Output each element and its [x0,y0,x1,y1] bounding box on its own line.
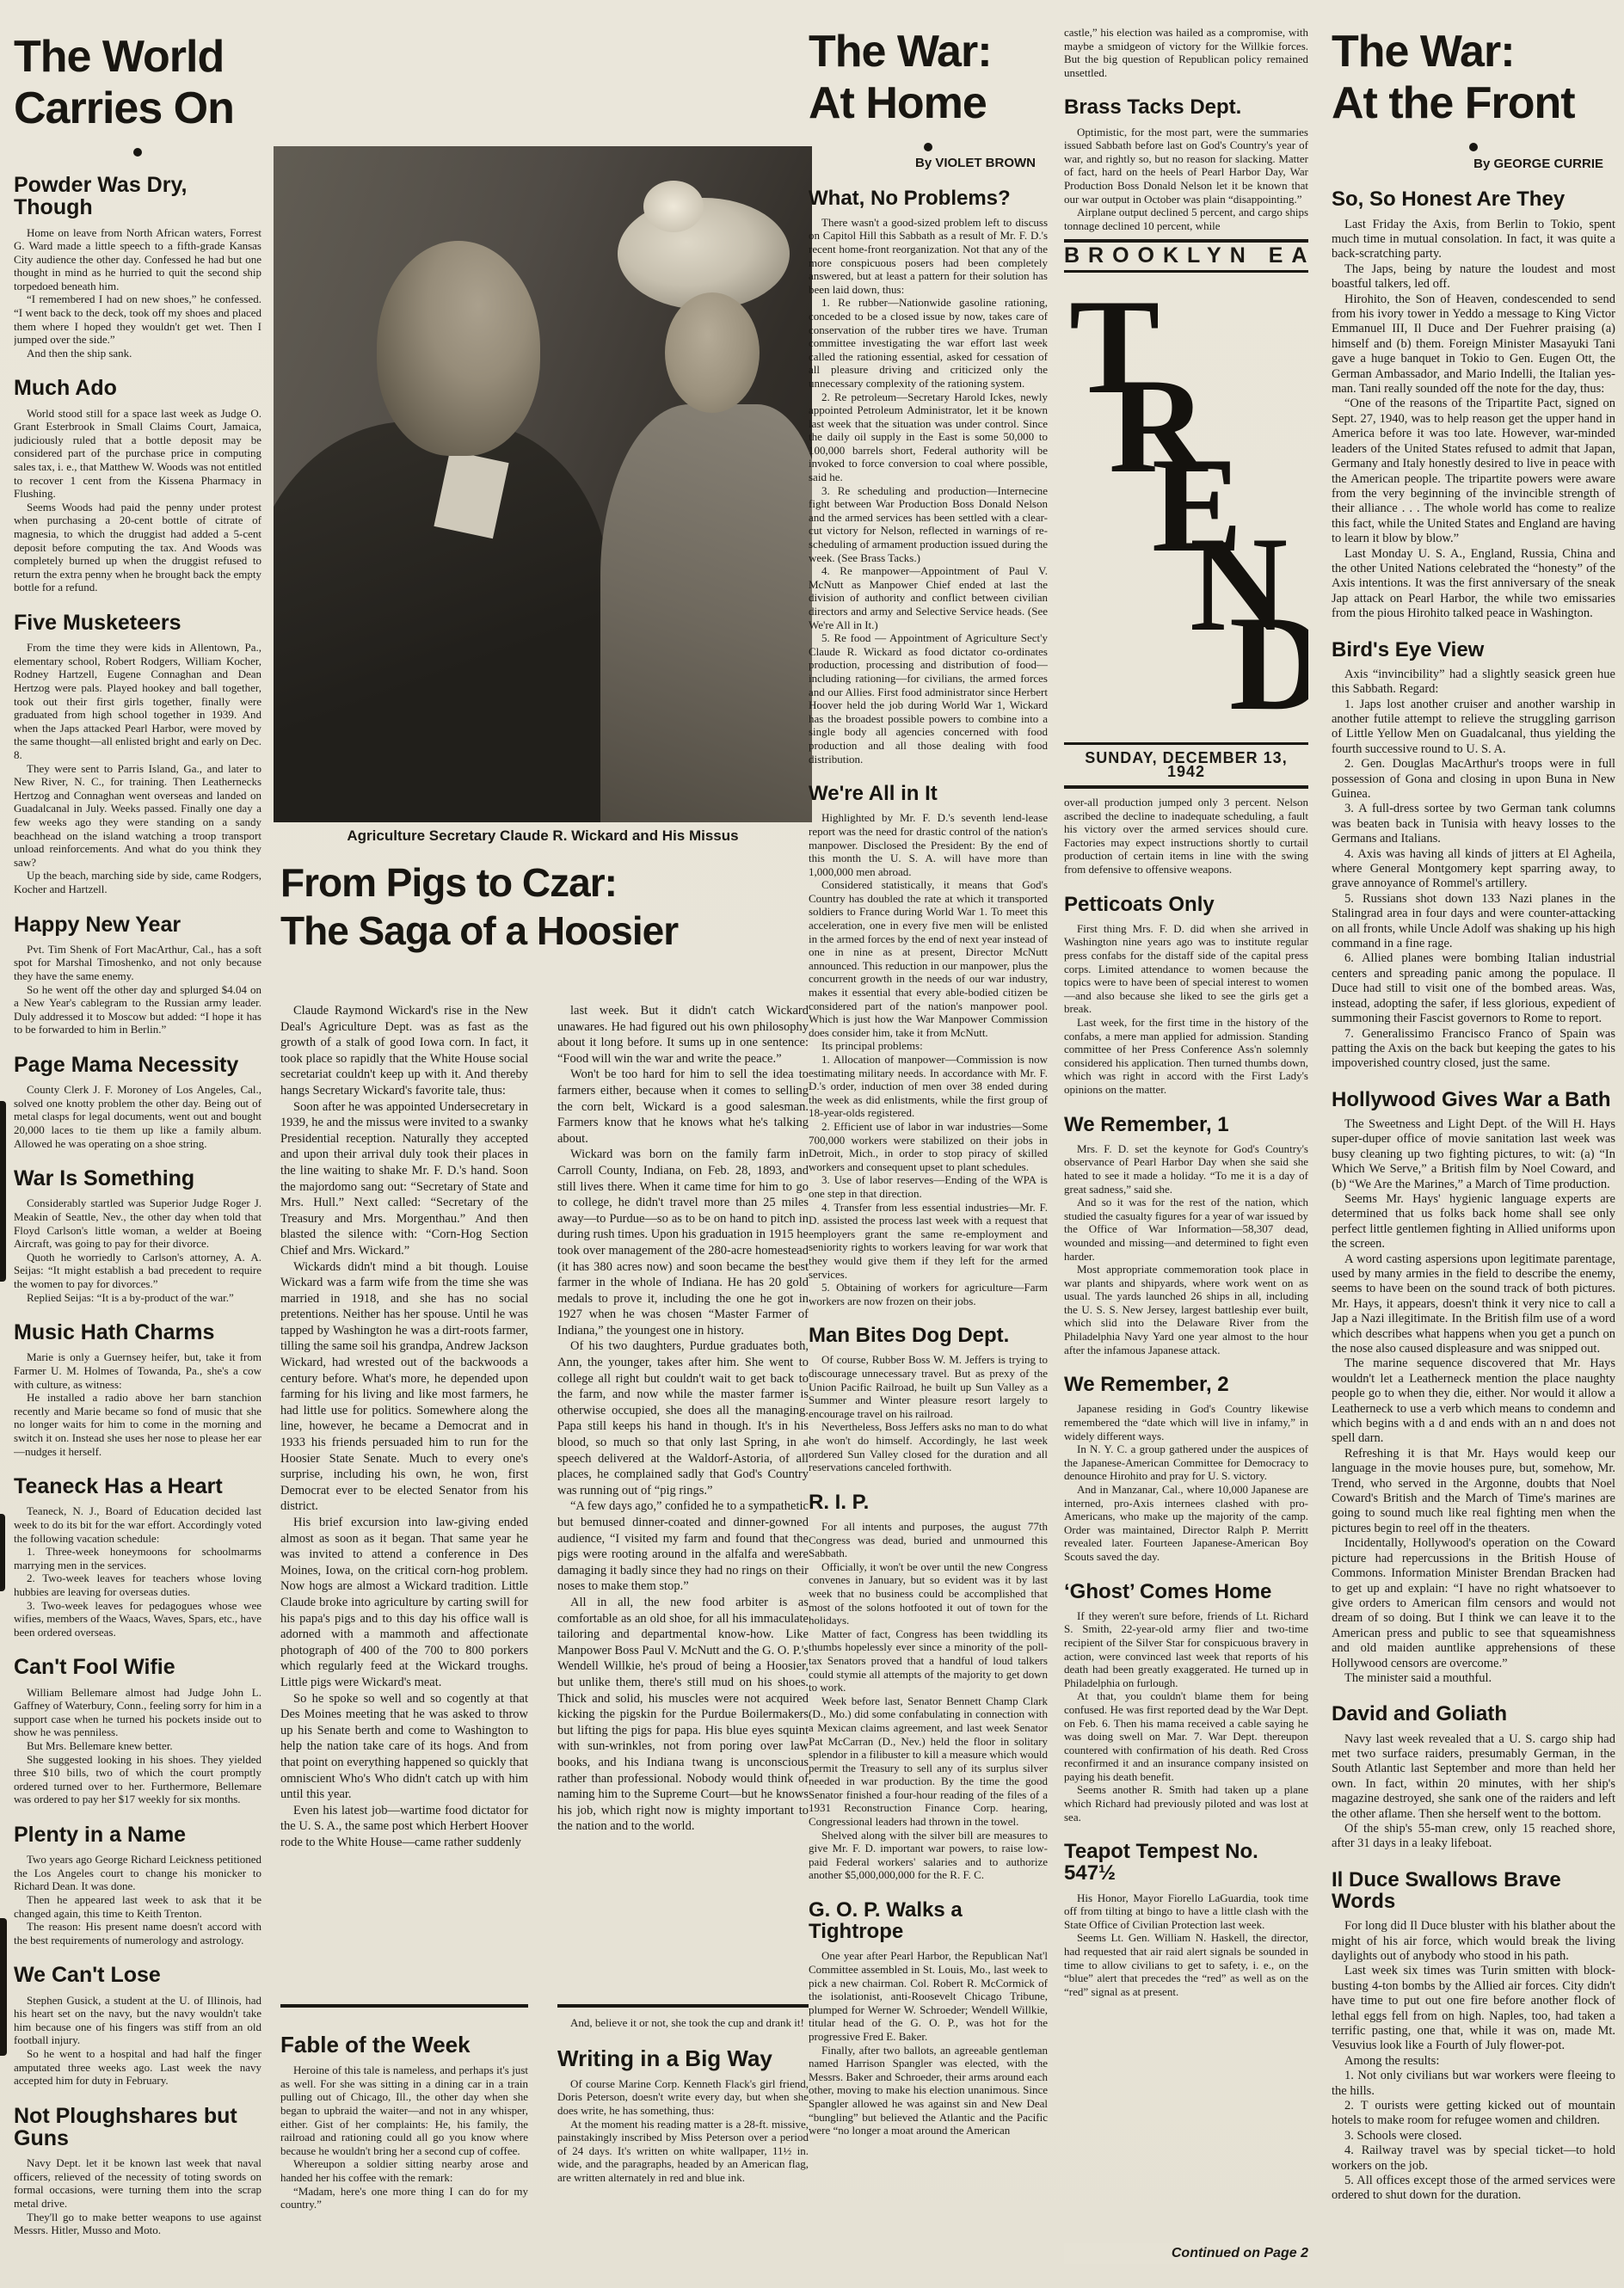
gop-continuation: castle,” his election was hailed as a co… [1064,26,1308,79]
photo-woman-face [665,292,760,413]
paragraph: From the time they were kids in Allentow… [14,641,261,761]
feature-column-right: last week. But it didn't catch Wickard u… [557,1003,809,1996]
paragraph: Marie is only a Guernsey heifer, but, ta… [14,1350,261,1391]
paragraph: Heroine of this tale is nameless, and pe… [280,2064,528,2157]
front-title-line1: The War: [1332,27,1515,77]
paragraph: There wasn't a good-sized problem left t… [809,216,1048,297]
paragraph: The marine sequence discovered that Mr. … [1332,1356,1615,1446]
section-heading: We Remember, 2 [1064,1374,1308,1395]
paragraph: 3. Two-week leaves for pedagogues whose … [14,1599,261,1639]
section-heading: Hollywood Gives War a Bath [1332,1089,1615,1110]
scan-artifact [0,1514,5,1591]
article-section: Happy New YearPvt. Tim Shenk of Fort Mac… [14,913,261,1036]
paragraph: The Sweetness and Light Dept. of the Wil… [1332,1117,1615,1192]
paragraph: Matter of fact, Congress has been twiddl… [809,1627,1048,1694]
column-brass-tacks-trend: castle,” his election was hailed as a co… [1064,26,1308,2238]
section-heading: R. I. P. [809,1492,1048,1513]
article-section: Teaneck Has a HeartTeaneck, N. J., Board… [14,1475,261,1639]
paragraph: The reason: His present name doesn't acc… [14,1920,261,1947]
newspaper-page: The WorldCarries On Powder Was Dry, Thou… [0,0,1624,2288]
article-section: Teapot Tempest No. 547½His Honor, Mayor … [1064,1841,1308,1998]
photo-caption: Agriculture Secretary Claude R. Wickard … [274,827,812,845]
home-title: The War:At Home [809,26,1048,129]
paragraph: 2. T ourists were getting kicked out of … [1332,2099,1615,2129]
section-heading: Five Musketeers [14,612,261,634]
article-section: What, No Problems?There wasn't a good-si… [809,188,1048,766]
article-section: ‘Ghost’ Comes HomeIf they weren't sure b… [1064,1581,1308,1824]
paragraph: 6. Allied planes were bombing Italian in… [1332,951,1615,1026]
trend-logo: T R E N D [1064,280,1308,735]
continued-on-page-2: Continued on Page 2 [1064,2243,1308,2264]
section-heading: Page Mama Necessity [14,1054,261,1076]
article-section: Man Bites Dog Dept.Of course, Rubber Bos… [809,1325,1048,1474]
paragraph: Hirohito, the Son of Heaven, condescende… [1332,292,1615,397]
paragraph: 4. Re manpower—Appointment of Paul V. Mc… [809,564,1048,631]
article-section: We Remember, 1Mrs. F. D. set the keynote… [1064,1114,1308,1357]
title-dot [924,143,932,151]
paragraph: Nevertheless, Boss Jeffers asks no man t… [809,1420,1048,1473]
brooklyn-eagle-banner: BROOKLYN EAGLE [1064,249,1308,263]
paragraph: 1. Three-week honeymoons for schoolmarms… [14,1545,261,1571]
paragraph: He installed a radio above her barn stan… [14,1391,261,1458]
paragraph: Stephen Gusick, a student at the U. of I… [14,1994,261,2047]
home-sections: What, No Problems?There wasn't a good-si… [809,188,1048,2137]
paragraph: And then the ship sank. [14,347,261,360]
paragraph: “I remembered I had on new shoes,” he co… [14,292,261,346]
paragraph: Finally, after two ballots, an agreeable… [809,2044,1048,2137]
paragraph: His Honor, Mayor Fiorello LaGuardia, too… [1064,1891,1308,1932]
issue-date: SUNDAY, DECEMBER 13, 1942 [1064,752,1308,778]
brass-tacks-continuation: over-all production jumped only 3 percen… [1064,796,1308,876]
paragraph: They'll go to make better weapons to use… [14,2211,261,2237]
paragraph: Incidentally, Hollywood's operation on t… [1332,1536,1615,1671]
paragraph: At the moment his reading matter is a 28… [557,2118,809,2185]
section-heading: We're All in It [809,783,1048,804]
paragraph: Airplane output declined 5 percent, and … [1064,206,1308,232]
article-section: War Is SomethingConsiderably startled wa… [14,1167,261,1304]
home-title-line2: At Home [809,78,987,128]
feature-column-left: Claude Raymond Wickard's rise in the New… [280,1003,528,1996]
paragraph: 3. Re scheduling and production—Internec… [809,484,1048,565]
paragraph: World stood still for a space last week … [14,407,261,501]
paragraph: Highlighted by Mr. F. D.'s seventh lend-… [809,811,1048,878]
paragraph: She suggested looking in his shoes. They… [14,1753,261,1806]
section-heading: Fable of the Week [280,2033,528,2057]
writing-in-a-big-way: And, believe it or not, she took the cup… [557,2016,809,2283]
scan-artifact [0,1101,6,1282]
paragraph: 4. Axis was having all kinds of jitters … [1332,847,1615,892]
paragraph: “One of the reasons of the Tripartite Pa… [1332,397,1615,546]
article-section: Music Hath CharmsMarie is only a Guernse… [14,1321,261,1458]
paragraph: Of his two daughters, Purdue graduates b… [557,1338,809,1498]
writing-body: Of course Marine Corp. Kenneth Flack's g… [557,2077,809,2185]
world-title-line1: The World [14,32,224,82]
paragraph: William Bellemare almost had Judge John … [14,1686,261,1739]
paragraph: 4. Transfer from less essential industri… [809,1201,1048,1282]
scan-artifact [0,1918,7,2056]
paragraph: Week before last, Senator Bennett Champ … [809,1694,1048,1829]
article-section: Petticoats OnlyFirst thing Mrs. F. D. di… [1064,894,1308,1097]
section-heading: Petticoats Only [1064,894,1308,915]
paragraph: Seems Lt. Gen. William N. Haskell, the d… [1064,1931,1308,1998]
paragraph: Quoth he worriedly to Carlson's attorney… [14,1251,261,1291]
paragraph: Refreshing it is that Mr. Hays would kee… [1332,1447,1615,1536]
paragraph: Last Monday U. S. A., England, Russia, C… [1332,547,1615,622]
section-heading: Plenty in a Name [14,1824,261,1846]
paragraph: “Madam, here's one more thing I can do f… [280,2185,528,2211]
paragraph: 5. Obtaining of workers for agriculture—… [809,1281,1048,1307]
front-sections: So, So Honest Are TheyLast Friday the Ax… [1332,188,1615,2203]
section-heading: Writing in a Big Way [557,2047,809,2070]
paragraph: Among the results: [1332,2054,1615,2069]
column-war-at-home: The War:At Home By VIOLET BROWN What, No… [809,26,1048,2283]
paragraph: Replied Seijas: “It is a by-product of t… [14,1291,261,1305]
paragraph: County Clerk J. F. Moroney of Los Angele… [14,1083,261,1150]
paragraph: Soon after he was appointed Undersecreta… [280,1099,528,1259]
paragraph: Navy Dept. let it be known last week tha… [14,2156,261,2210]
section-heading: Brass Tacks Dept. [1064,96,1308,118]
photo-man-face [377,241,540,456]
paragraph: Two years ago George Richard Leickness p… [14,1853,261,1893]
world-title: The WorldCarries On [14,31,261,134]
article-section: We're All in ItHighlighted by Mr. F. D.'… [809,783,1048,1307]
section-heading: Music Hath Charms [14,1321,261,1344]
paragraph: 2. Gen. Douglas MacArthur's troops were … [1332,757,1615,802]
fable-body: Heroine of this tale is nameless, and pe… [280,2064,528,2211]
article-section: We Remember, 2Japanese residing in God's… [1064,1374,1308,1563]
paragraph: 3. Use of labor reserves—Ending of the W… [809,1173,1048,1200]
paragraph: The Japs, being by nature the loudest an… [1332,262,1615,292]
article-section: Can't Fool WifieWilliam Bellemare almost… [14,1656,261,1806]
paragraph: Last week, for the first time in the his… [1064,1016,1308,1097]
section-heading: Powder Was Dry, Though [14,174,261,219]
photo-man-suit [274,421,609,822]
paragraph: 7. Generalissimo Francisco Franco of Spa… [1332,1027,1615,1072]
front-title: The War:At the Front [1332,26,1615,129]
photo-woman-coat [600,404,812,822]
paragraph: Its principal problems: [809,1039,1048,1053]
home-byline: By VIOLET BROWN [809,157,1048,170]
paragraph: 1. Japs lost another cruiser and another… [1332,698,1615,758]
feature-headline-line1: From Pigs to Czar: [280,860,617,905]
paragraph: Axis “invincibility” had a slightly seas… [1332,667,1615,698]
paragraph: 3. Schools were closed. [1332,2129,1615,2143]
section-heading: G. O. P. Walks a Tightrope [809,1899,1048,1942]
paragraph: And in Manzanar, Cal., where 10,000 Japa… [1064,1483,1308,1564]
section-heading: What, No Problems? [809,188,1048,209]
paragraph: 1. Allocation of manpower—Commission is … [809,1053,1048,1120]
paragraph: 5. All offices except those of the armed… [1332,2174,1615,2204]
paragraph: At that, you couldn't blame them for bei… [1064,1689,1308,1783]
paragraph: Even his latest job—wartime food dictato… [280,1803,528,1851]
paragraph: 1. Not only civilians but war workers we… [1332,2069,1615,2099]
paragraph: Officially, it won't be over until the n… [809,1560,1048,1627]
fable-of-the-week: Fable of the Week Heroine of this tale i… [280,2016,528,2283]
section-heading: Teapot Tempest No. 547½ [1064,1841,1308,1884]
paragraph: Won't be too hard for him to sell the id… [557,1067,809,1147]
column-world-carries-on: The WorldCarries On Powder Was Dry, Thou… [14,31,261,2276]
home-title-line1: The War: [809,27,992,77]
banner-rule [1064,239,1308,243]
paragraph: Of the ship's 55-man crew, only 15 reach… [1332,1822,1615,1852]
paragraph: A word casting aspersions upon legitimat… [1332,1252,1615,1357]
section-heading: Teaneck Has a Heart [14,1475,261,1498]
paragraph: So he went to a hospital and had half th… [14,2047,261,2088]
article-section: Il Duce Swallows Brave WordsFor long did… [1332,1869,1615,2204]
section-heading: Much Ado [14,377,261,399]
paragraph: Of course, Rubber Boss W. M. Jeffers is … [809,1353,1048,1420]
section-heading: Can't Fool Wifie [14,1656,261,1678]
paragraph: “A few days ago,” confided he to a sympa… [557,1498,809,1595]
paragraph: Of course Marine Corp. Kenneth Flack's g… [557,2077,809,2118]
paragraph: Japanese residing in God's Country likew… [1064,1402,1308,1442]
feature-headline: From Pigs to Czar:The Saga of a Hoosier [280,858,814,955]
front-title-line2: At the Front [1332,78,1575,128]
paragraph: Mrs. F. D. set the keynote for God's Cou… [1064,1142,1308,1196]
paragraph: Claude Raymond Wickard's rise in the New… [280,1003,528,1099]
article-section: Hollywood Gives War a BathThe Sweetness … [1332,1089,1615,1687]
section-heading: Not Ploughshares but Guns [14,2105,261,2150]
section-heading: We Can't Lose [14,1964,261,1986]
paragraph: So he went off the other day and splurge… [14,983,261,1036]
paragraph: last week. But it didn't catch Wickard u… [557,1003,809,1067]
paragraph: 2. Re petroleum—Secretary Harold Ickes, … [809,391,1048,484]
section-heading: ‘Ghost’ Comes Home [1064,1581,1308,1602]
section-heading: War Is Something [14,1167,261,1190]
paragraph: Whereupon a soldier sitting nearby arose… [280,2157,528,2184]
world-title-line2: Carries On [14,83,234,133]
photo-hat-flower [643,181,704,232]
date-rule [1064,785,1308,789]
world-sections: Powder Was Dry, ThoughHome on leave from… [14,174,261,2237]
paragraph: 2. Two-week leaves for teachers whose lo… [14,1571,261,1598]
article-section: G. O. P. Walks a TightropeOne year after… [809,1899,1048,2137]
paragraph: First thing Mrs. F. D. did when she arri… [1064,922,1308,1016]
paragraph: If they weren't sure before, friends of … [1064,1609,1308,1690]
paragraph: 2. Efficient use of labor in war industr… [809,1120,1048,1173]
paragraph: Pvt. Tim Shenk of Fort MacArthur, Cal., … [14,943,261,983]
paragraph: Last Friday the Axis, from Berlin to Tok… [1332,218,1615,262]
paragraph: Teaneck, N. J., Board of Education decid… [14,1504,261,1545]
paragraph: Home on leave from North African waters,… [14,226,261,293]
article-section: Powder Was Dry, ThoughHome on leave from… [14,174,261,360]
section-heading: We Remember, 1 [1064,1114,1308,1135]
paragraph: Shelved along with the silver bill are m… [809,1829,1048,1882]
paragraph: Up the beach, marching side by side, cam… [14,869,261,895]
paragraph: His brief excursion into law-giving ende… [280,1515,528,1691]
paragraph: Optimistic, for the most part, were the … [1064,126,1308,206]
brass-tacks-section: Brass Tacks Dept. Optimistic, for the mo… [1064,96,1308,232]
fable-conclusion-line: And, believe it or not, she took the cup… [557,2016,809,2030]
wickard-photo [274,146,812,822]
paragraph: For all intents and purposes, the august… [809,1520,1048,1560]
paragraph: So he spoke so well and so cogently at t… [280,1691,528,1803]
column-war-at-the-front: The War:At the Front By GEORGE CURRIE So… [1332,26,1615,2283]
paragraph: But Mrs. Bellemare knew better. [14,1739,261,1753]
paragraph: Wickard was born on the family farm in C… [557,1147,809,1338]
paragraph: 5. Russians shot down 133 Nazi planes in… [1332,892,1615,952]
paragraph: Wickards didn't mind a bit though. Louis… [280,1259,528,1516]
paragraph: They were sent to Parris Island, Ga., an… [14,762,261,870]
section-heading: Happy New Year [14,913,261,936]
paragraph: For long did Il Duce bluster with his bl… [1332,1919,1615,1964]
paragraph: All in all, the new food arbiter is as c… [557,1595,809,1835]
section-heading: Bird's Eye View [1332,639,1615,661]
paragraph: Considerably startled was Superior Judge… [14,1196,261,1250]
paragraph: The minister said a mouthful. [1332,1671,1615,1686]
article-section: We Can't LoseStephen Gusick, a student a… [14,1964,261,2087]
section-heading: David and Goliath [1332,1703,1615,1725]
article-section: R. I. P.For all intents and purposes, th… [809,1492,1048,1882]
paragraph: Seems Woods had paid the penny under pro… [14,501,261,594]
article-section: Five MusketeersFrom the time they were k… [14,612,261,896]
paragraph: One year after Pearl Harbor, the Republi… [809,1949,1048,2043]
paragraph: 3. A full-dress sortee by two German tan… [1332,802,1615,846]
paragraph: 1. Re rubber—Nationwide gasoline rationi… [809,296,1048,390]
paragraph: Seems Mr. Hays' hygienic language expert… [1332,1192,1615,1252]
divider-rule [280,2004,528,2008]
article-section: So, So Honest Are TheyLast Friday the Ax… [1332,188,1615,621]
paragraph: In N. Y. C. a group gathered under the a… [1064,1442,1308,1483]
trend-letter-d: D [1229,596,1308,732]
article-section: Plenty in a NameTwo years ago George Ric… [14,1824,261,1947]
feature-headline-line2: The Saga of a Hoosier [280,908,678,953]
section-heading: So, So Honest Are They [1332,188,1615,210]
paragraph: And so it was for the rest of the nation… [1064,1196,1308,1263]
title-dot [133,148,142,157]
article-section: David and GoliathNavy last week revealed… [1332,1703,1615,1851]
trend-sections: Petticoats OnlyFirst thing Mrs. F. D. di… [1064,894,1308,1999]
paragraph: Last week six times was Turin smitten wi… [1332,1964,1615,2053]
brass-tacks-body: Optimistic, for the most part, were the … [1064,126,1308,233]
paragraph: Navy last week revealed that a U. S. car… [1332,1732,1615,1822]
date-rule [1064,742,1308,745]
article-section: Bird's Eye ViewAxis “invincibility” had … [1332,639,1615,1072]
paragraph: Then he appeared last week to ask that i… [14,1893,261,1920]
section-heading: Man Bites Dog Dept. [809,1325,1048,1346]
divider-rule [557,2004,809,2008]
section-heading: Il Duce Swallows Brave Words [1332,1869,1615,1912]
paragraph: 4. Railway travel was by special ticket—… [1332,2143,1615,2174]
paragraph: Seems another R. Smith had taken up a pl… [1064,1783,1308,1824]
paragraph: 5. Re food — Appointment of Agriculture … [809,631,1048,766]
article-section: Much AdoWorld stood still for a space la… [14,377,261,594]
front-byline: By GEORGE CURRIE [1332,157,1615,171]
article-section: Page Mama NecessityCounty Clerk J. F. Mo… [14,1054,261,1150]
title-dot [1469,143,1478,151]
paragraph: Most appropriate commemoration took plac… [1064,1263,1308,1356]
paragraph: Considered statistically, it means that … [809,878,1048,1039]
article-section: Not Ploughshares but GunsNavy Dept. let … [14,2105,261,2237]
